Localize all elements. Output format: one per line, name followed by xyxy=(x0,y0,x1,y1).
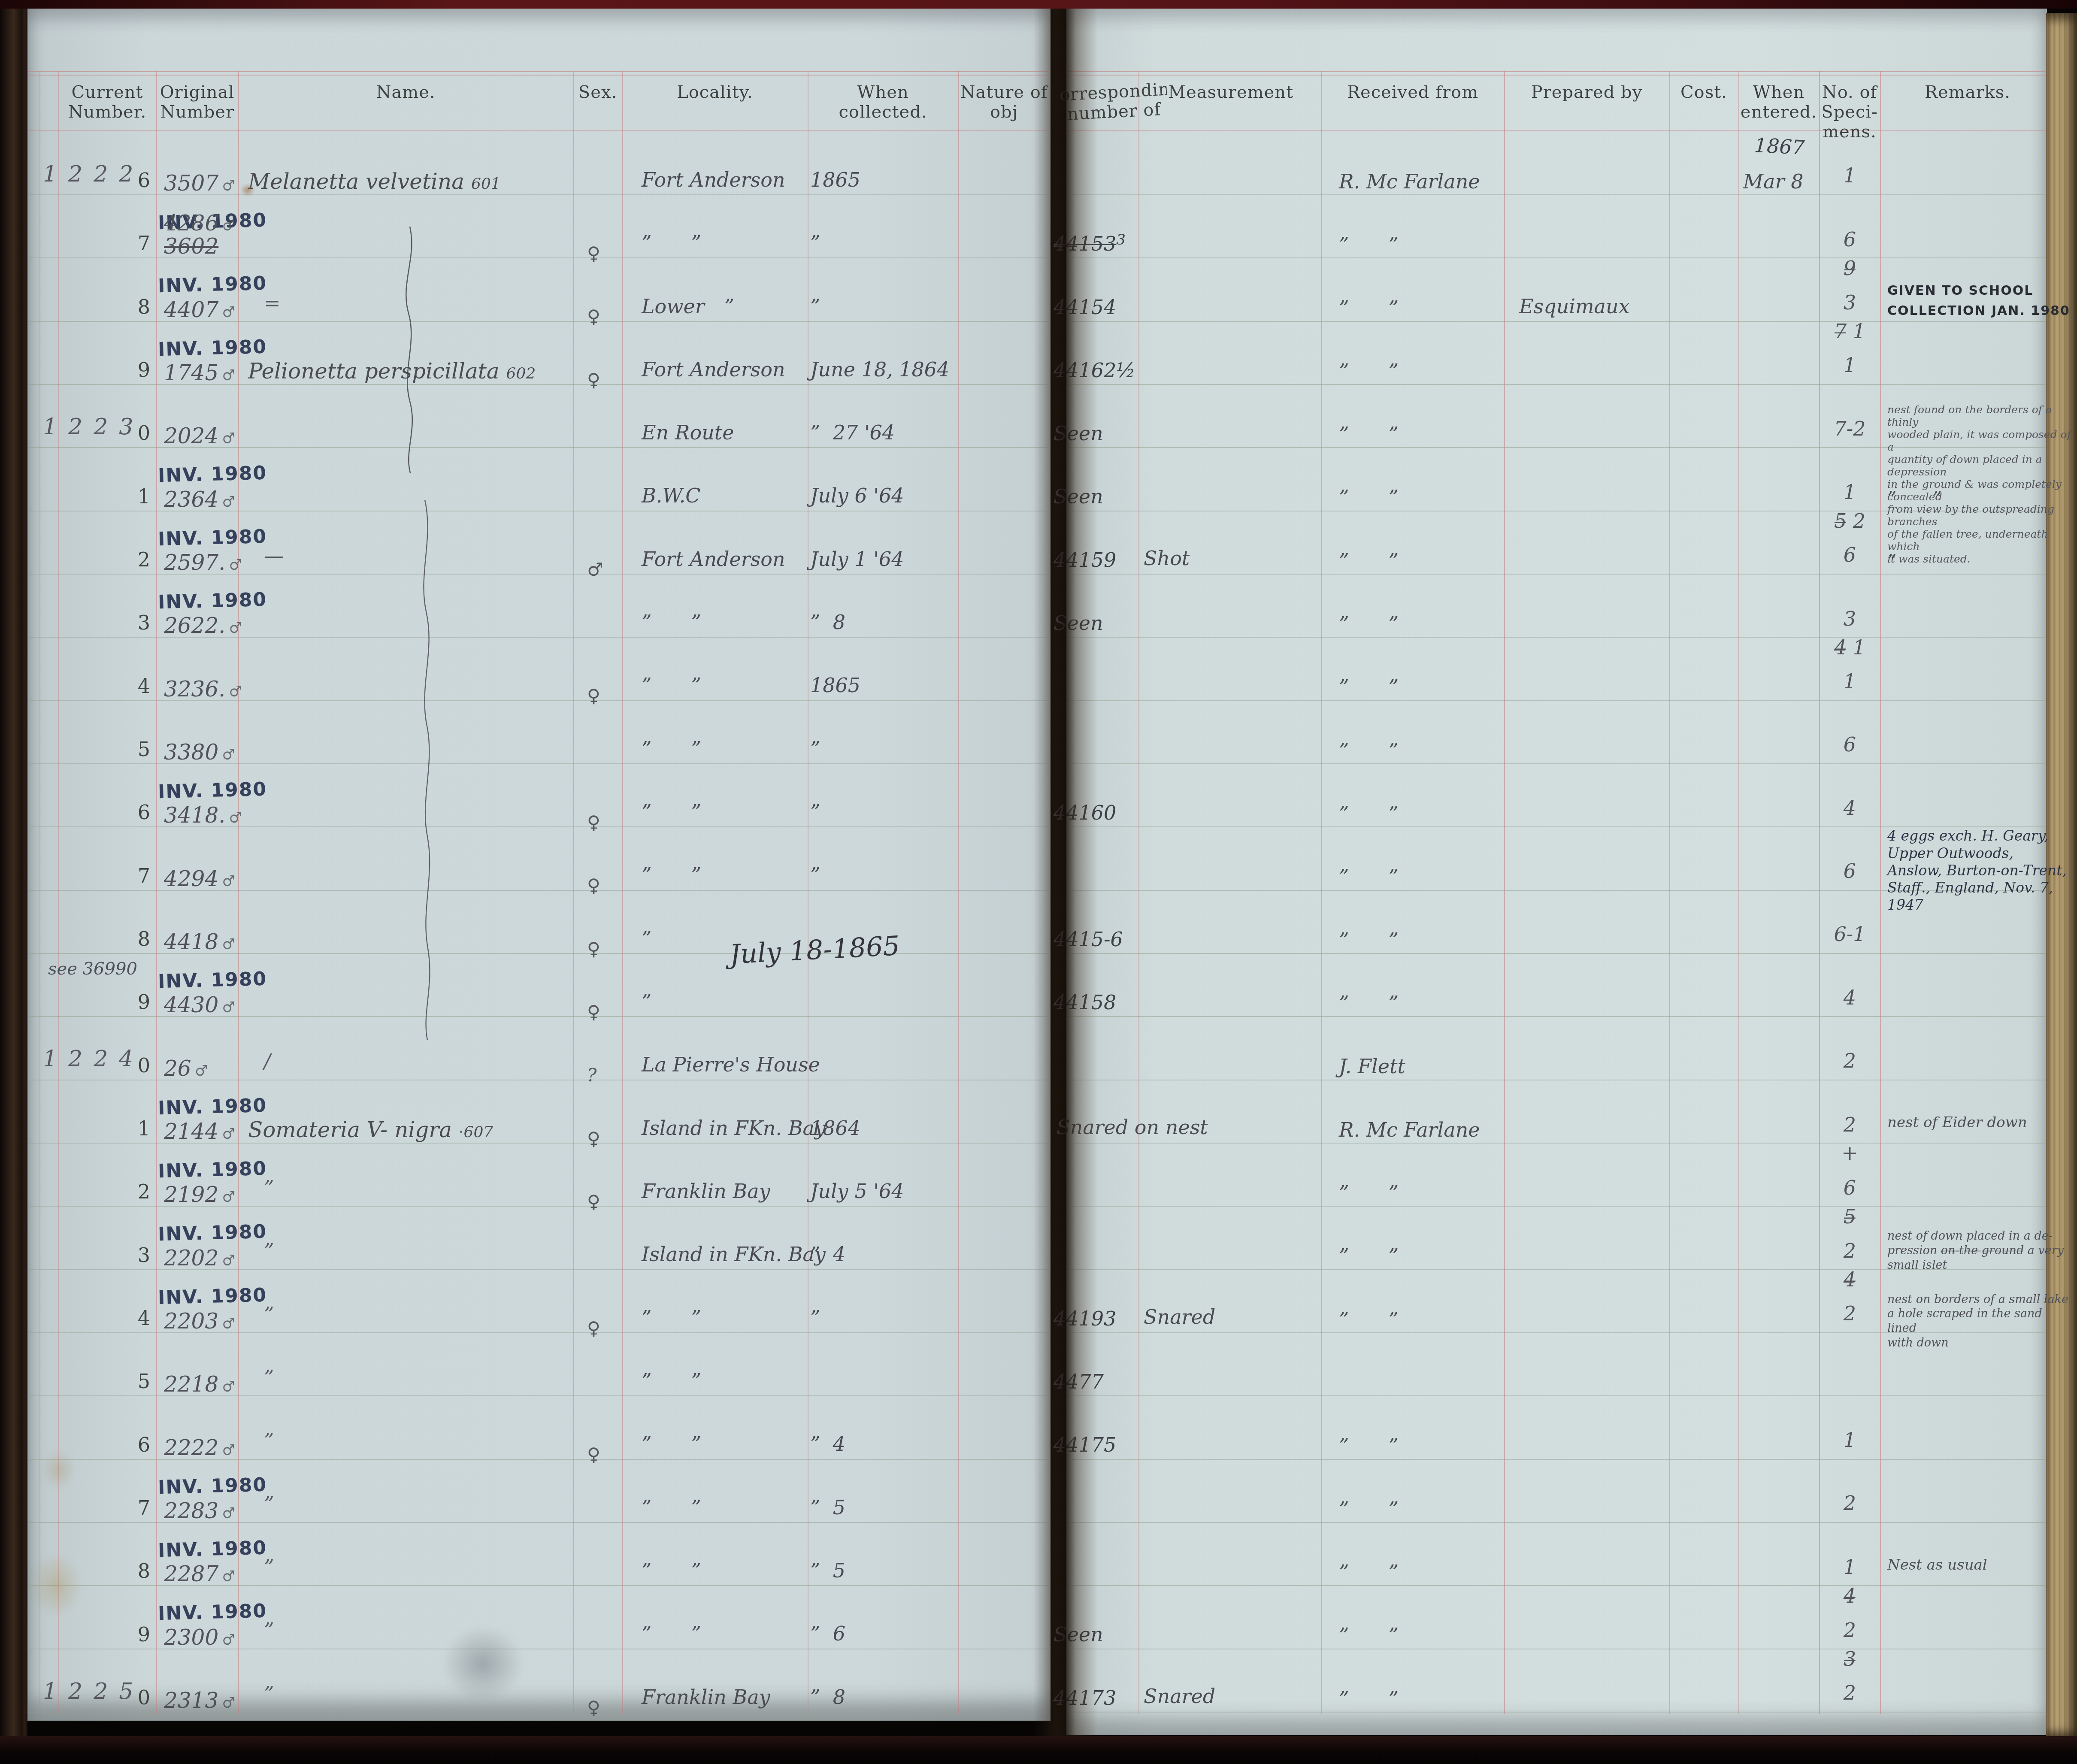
stain xyxy=(41,1450,76,1489)
ditto-brace-line xyxy=(0,0,2077,1764)
ledger-scan: Current Number.Original NumberName.Sex.L… xyxy=(0,0,2077,1764)
bottom-binding xyxy=(0,1736,2077,1764)
stain xyxy=(30,1553,82,1618)
top-binding xyxy=(0,0,2077,9)
fingerprint-smudge xyxy=(442,1626,524,1701)
stain xyxy=(240,184,255,197)
book-spine xyxy=(0,0,27,1764)
